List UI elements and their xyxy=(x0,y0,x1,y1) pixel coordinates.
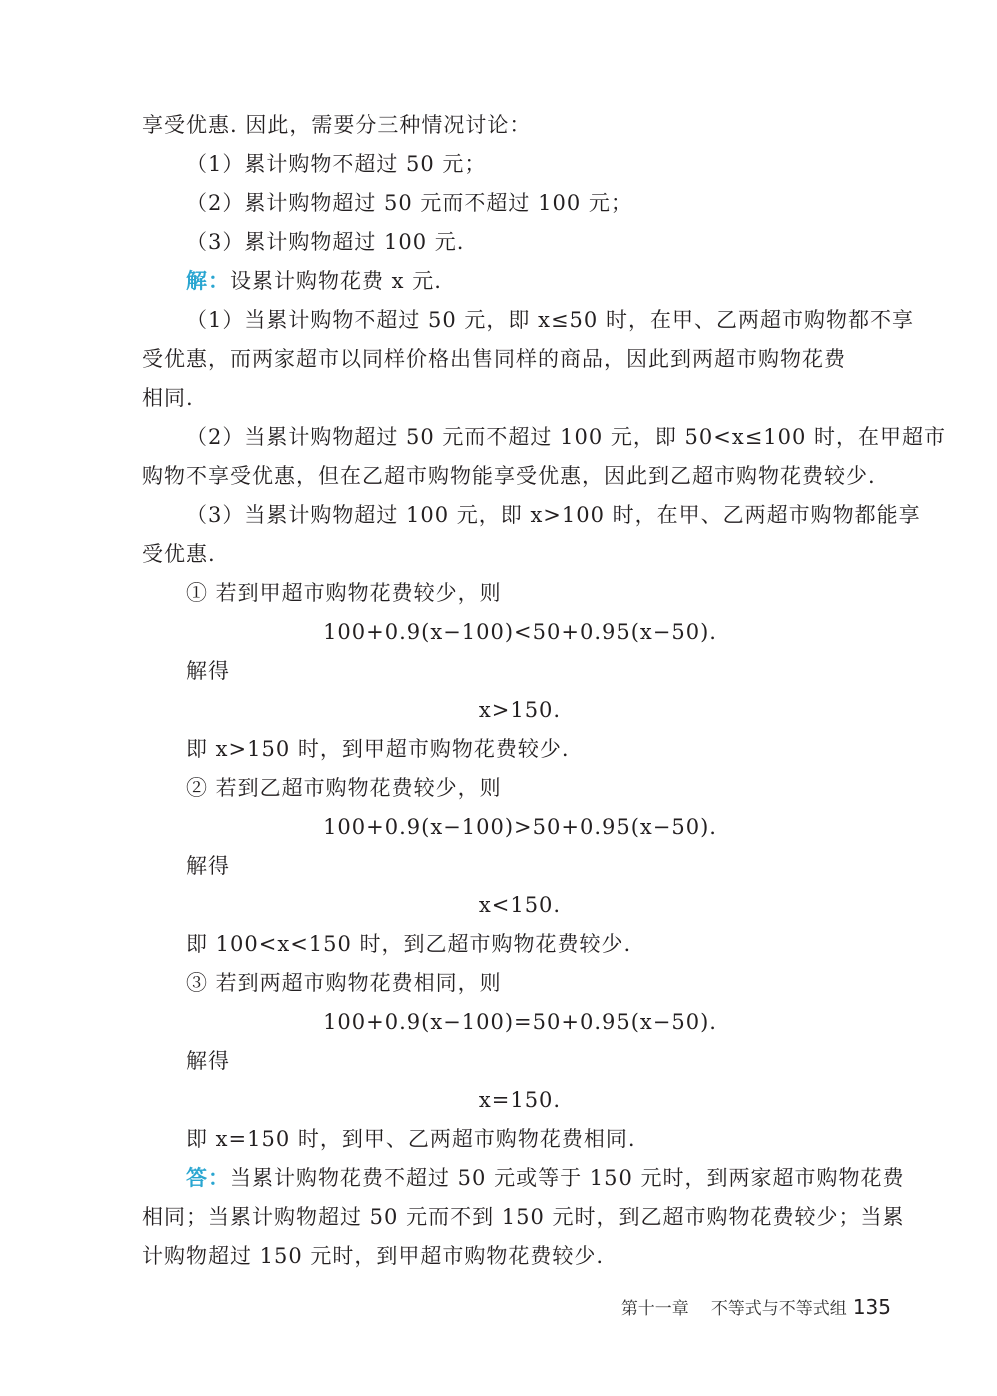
paragraph-line: 相同. xyxy=(142,383,194,413)
paragraph-line: 解得 xyxy=(186,1046,230,1076)
paragraph-line: 计购物超过 150 元时，到甲超市购物花费较少. xyxy=(142,1241,604,1271)
paragraph-line: 享受优惠. 因此，需要分三种情况讨论： xyxy=(142,110,531,140)
solution-text: 设累计购物花费 x 元. xyxy=(230,269,442,293)
case-item-1: （1）累计购物不超过 50 元； xyxy=(186,149,486,179)
chapter-label: 第十一章 xyxy=(621,1299,689,1319)
result-2: x<150. xyxy=(0,890,997,920)
answer-text: 当累计购物花费不超过 50 元或等于 150 元时，到两家超市购物花费 xyxy=(230,1166,905,1190)
paragraph-line: 解得 xyxy=(186,656,230,686)
subcase-1: ① 若到甲超市购物花费较少，则 xyxy=(186,578,502,608)
subcase-3: ③ 若到两超市购物花费相同，则 xyxy=(186,968,502,998)
paragraph-line: 购物不享受优惠，但在乙超市购物能享受优惠，因此到乙超市购物花费较少. xyxy=(142,461,876,491)
result-1: x>150. xyxy=(0,695,997,725)
textbook-page: 享受优惠. 因此，需要分三种情况讨论： （1）累计购物不超过 50 元； （2）… xyxy=(0,0,997,1396)
case-item-2: （2）累计购物超过 50 元而不超过 100 元； xyxy=(186,188,633,218)
paragraph-line: 即 x>150 时，到甲超市购物花费较少. xyxy=(186,734,570,764)
chapter-title: 不等式与不等式组 xyxy=(711,1299,847,1319)
paragraph-line: 即 x=150 时，到甲、乙两超市购物花费相同. xyxy=(186,1124,636,1154)
paragraph-line: （2）当累计购物超过 50 元而不超过 100 元，即 50<x≤100 时，在… xyxy=(186,422,946,452)
paragraph-line: 受优惠. xyxy=(142,539,216,569)
inequality-1: 100+0.9(x−100)<50+0.95(x−50). xyxy=(0,617,997,647)
answer-line: 答：当累计购物花费不超过 50 元或等于 150 元时，到两家超市购物花费 xyxy=(186,1163,905,1193)
subcase-2: ② 若到乙超市购物花费较少，则 xyxy=(186,773,502,803)
paragraph-line: 受优惠，而两家超市以同样价格出售同样的商品，因此到两超市购物花费 xyxy=(142,344,846,374)
paragraph-line: 解得 xyxy=(186,851,230,881)
inequality-2: 100+0.9(x−100)>50+0.95(x−50). xyxy=(0,812,997,842)
page-footer: 第十一章不等式与不等式组135 xyxy=(621,1294,891,1319)
equation-3: 100+0.9(x−100)=50+0.95(x−50). xyxy=(0,1007,997,1037)
case-item-3: （3）累计购物超过 100 元. xyxy=(186,227,464,257)
answer-label: 答： xyxy=(186,1166,230,1190)
paragraph-line: （3）当累计购物超过 100 元，即 x>100 时，在甲、乙两超市购物都能享 xyxy=(186,500,921,530)
paragraph-line: 即 100<x<150 时，到乙超市购物花费较少. xyxy=(186,929,631,959)
solution-label: 解： xyxy=(186,269,230,293)
result-3: x=150. xyxy=(0,1085,997,1115)
paragraph-line: 相同；当累计购物超过 50 元而不到 150 元时，到乙超市购物花费较少；当累 xyxy=(142,1202,905,1232)
paragraph-line: （1）当累计购物不超过 50 元，即 x≤50 时，在甲、乙两超市购物都不享 xyxy=(186,305,914,335)
solution-intro: 解：设累计购物花费 x 元. xyxy=(186,266,442,296)
page-number: 135 xyxy=(853,1295,891,1319)
